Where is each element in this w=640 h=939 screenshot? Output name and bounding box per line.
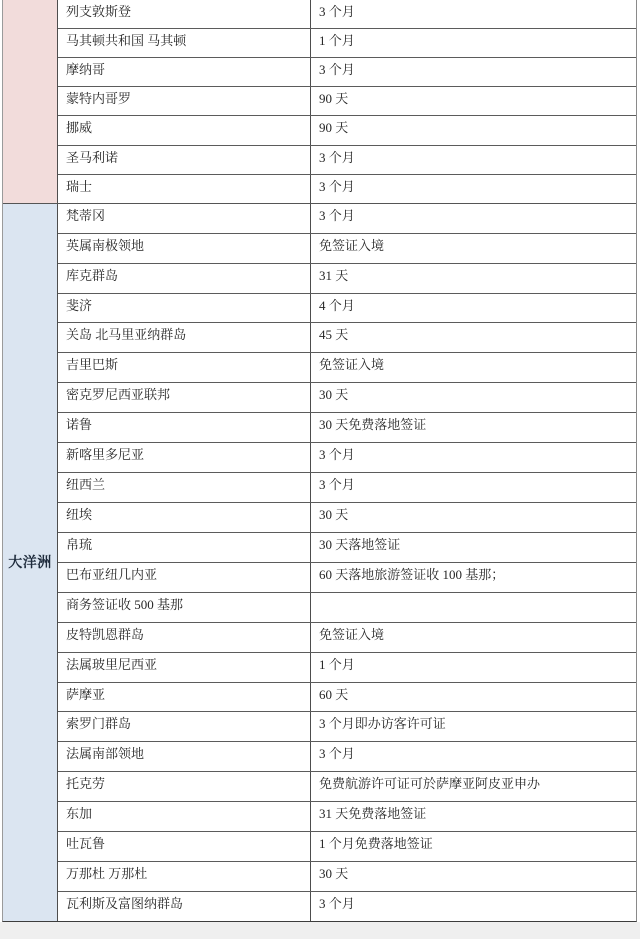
table-row: 巴布亚纽几内亚 60 天落地旅游签证收 100 基那； — [58, 563, 636, 593]
visa-cell: 1 个月 — [311, 29, 636, 57]
table-row: 吉里巴斯 免签证入境 — [58, 353, 636, 383]
visa-cell: 4 个月 — [311, 294, 636, 323]
visa-cell: 30 天落地签证 — [311, 533, 636, 562]
visa-cell: 3 个月 — [311, 473, 636, 502]
visa-cell: 45 天 — [311, 323, 636, 352]
table-row: 帛琉 30 天落地签证 — [58, 533, 636, 563]
country-cell: 关岛 北马里亚纳群岛 — [58, 323, 311, 352]
table-row: 圣马利诺 3 个月 — [58, 146, 636, 175]
table-row: 瓦利斯及富图纳群岛 3 个月 — [58, 892, 636, 921]
visa-cell: 3 个月 — [311, 892, 636, 921]
table-row: 纽西兰 3 个月 — [58, 473, 636, 503]
region-label: 大洋洲 — [8, 552, 52, 572]
table-row: 蒙特内哥罗 90 天 — [58, 87, 636, 116]
country-cell: 摩纳哥 — [58, 58, 311, 86]
country-cell: 列支敦斯登 — [58, 0, 311, 28]
visa-cell: 60 天 — [311, 683, 636, 712]
visa-cell: 免费航游许可证可於萨摩亚阿皮亚申办 — [311, 772, 636, 801]
country-cell: 萨摩亚 — [58, 683, 311, 712]
table-row: 密克罗尼西亚联邦 30 天 — [58, 383, 636, 413]
table-row: 法属玻里尼西亚 1 个月 — [58, 653, 636, 683]
country-cell: 万那杜 万那杜 — [58, 862, 311, 891]
country-cell: 商务签证收 500 基那 — [58, 593, 311, 622]
visa-cell: 30 天 — [311, 503, 636, 532]
table-row: 吐瓦鲁 1 个月免费落地签证 — [58, 832, 636, 862]
table-row: 挪威 90 天 — [58, 116, 636, 145]
table-row: 马其顿共和国 马其顿 1 个月 — [58, 29, 636, 58]
country-cell: 瑞士 — [58, 175, 311, 203]
visa-cell: 3 个月即办访客许可证 — [311, 712, 636, 741]
table-row: 梵蒂冈 3 个月 — [58, 204, 636, 234]
country-cell: 东加 — [58, 802, 311, 831]
table-row: 纽埃 30 天 — [58, 503, 636, 533]
region-rows: 梵蒂冈 3 个月 英属南极领地 免签证入境 库克群岛 31 天 斐济 4 个月 … — [58, 204, 636, 921]
country-cell: 吐瓦鲁 — [58, 832, 311, 861]
country-cell: 新喀里多尼亚 — [58, 443, 311, 472]
table-row: 摩纳哥 3 个月 — [58, 58, 636, 87]
country-cell: 圣马利诺 — [58, 146, 311, 174]
visa-cell: 30 天 — [311, 383, 636, 412]
table-row: 皮特凯恩群岛 免签证入境 — [58, 623, 636, 653]
region-section: 列支敦斯登 3 个月 马其顿共和国 马其顿 1 个月 摩纳哥 3 个月 蒙特内哥… — [3, 0, 636, 204]
table-row: 万那杜 万那杜 30 天 — [58, 862, 636, 892]
visa-table: 列支敦斯登 3 个月 马其顿共和国 马其顿 1 个月 摩纳哥 3 个月 蒙特内哥… — [2, 0, 637, 922]
visa-cell: 90 天 — [311, 87, 636, 115]
visa-cell: 1 个月 — [311, 653, 636, 682]
page: 列支敦斯登 3 个月 马其顿共和国 马其顿 1 个月 摩纳哥 3 个月 蒙特内哥… — [0, 0, 640, 939]
country-cell: 托克劳 — [58, 772, 311, 801]
visa-cell: 免签证入境 — [311, 623, 636, 652]
table-row: 托克劳 免费航游许可证可於萨摩亚阿皮亚申办 — [58, 772, 636, 802]
visa-cell: 3 个月 — [311, 443, 636, 472]
visa-cell: 3 个月 — [311, 175, 636, 203]
country-cell: 法属玻里尼西亚 — [58, 653, 311, 682]
table-row: 瑞士 3 个月 — [58, 175, 636, 203]
table-row: 斐济 4 个月 — [58, 294, 636, 324]
country-cell: 瓦利斯及富图纳群岛 — [58, 892, 311, 921]
visa-cell: 免签证入境 — [311, 353, 636, 382]
country-cell: 索罗门群岛 — [58, 712, 311, 741]
table-row: 商务签证收 500 基那 — [58, 593, 636, 623]
table-row: 库克群岛 31 天 — [58, 264, 636, 294]
visa-cell — [311, 593, 636, 622]
table-row: 法属南部领地 3 个月 — [58, 742, 636, 772]
visa-cell: 60 天落地旅游签证收 100 基那； — [311, 563, 636, 592]
visa-cell: 90 天 — [311, 116, 636, 144]
visa-cell: 31 天免费落地签证 — [311, 802, 636, 831]
page-background-strip — [0, 922, 640, 939]
visa-cell: 3 个月 — [311, 146, 636, 174]
country-cell: 库克群岛 — [58, 264, 311, 293]
country-cell: 皮特凯恩群岛 — [58, 623, 311, 652]
visa-cell: 免签证入境 — [311, 234, 636, 263]
visa-cell: 30 天 — [311, 862, 636, 891]
visa-cell: 3 个月 — [311, 742, 636, 771]
country-cell: 梵蒂冈 — [58, 204, 311, 233]
country-cell: 蒙特内哥罗 — [58, 87, 311, 115]
table-row: 新喀里多尼亚 3 个月 — [58, 443, 636, 473]
visa-cell: 30 天免费落地签证 — [311, 413, 636, 442]
country-cell: 法属南部领地 — [58, 742, 311, 771]
visa-cell: 1 个月免费落地签证 — [311, 832, 636, 861]
region-cell — [3, 0, 58, 203]
table-row: 诺鲁 30 天免费落地签证 — [58, 413, 636, 443]
table-row: 索罗门群岛 3 个月即办访客许可证 — [58, 712, 636, 742]
country-cell: 纽埃 — [58, 503, 311, 532]
region-cell: 大洋洲 — [3, 204, 58, 921]
country-cell: 密克罗尼西亚联邦 — [58, 383, 311, 412]
country-cell: 诺鲁 — [58, 413, 311, 442]
country-cell: 纽西兰 — [58, 473, 311, 502]
country-cell: 巴布亚纽几内亚 — [58, 563, 311, 592]
table-row: 英属南极领地 免签证入境 — [58, 234, 636, 264]
table-row: 列支敦斯登 3 个月 — [58, 0, 636, 29]
country-cell: 挪威 — [58, 116, 311, 144]
country-cell: 斐济 — [58, 294, 311, 323]
country-cell: 英属南极领地 — [58, 234, 311, 263]
country-cell: 吉里巴斯 — [58, 353, 311, 382]
table-row: 萨摩亚 60 天 — [58, 683, 636, 713]
visa-cell: 3 个月 — [311, 0, 636, 28]
table-row: 关岛 北马里亚纳群岛 45 天 — [58, 323, 636, 353]
visa-cell: 31 天 — [311, 264, 636, 293]
table-row: 东加 31 天免费落地签证 — [58, 802, 636, 832]
country-cell: 帛琉 — [58, 533, 311, 562]
visa-cell: 3 个月 — [311, 204, 636, 233]
region-rows: 列支敦斯登 3 个月 马其顿共和国 马其顿 1 个月 摩纳哥 3 个月 蒙特内哥… — [58, 0, 636, 203]
country-cell: 马其顿共和国 马其顿 — [58, 29, 311, 57]
visa-cell: 3 个月 — [311, 58, 636, 86]
region-section: 大洋洲 梵蒂冈 3 个月 英属南极领地 免签证入境 库克群岛 31 天 斐济 4… — [3, 204, 636, 921]
